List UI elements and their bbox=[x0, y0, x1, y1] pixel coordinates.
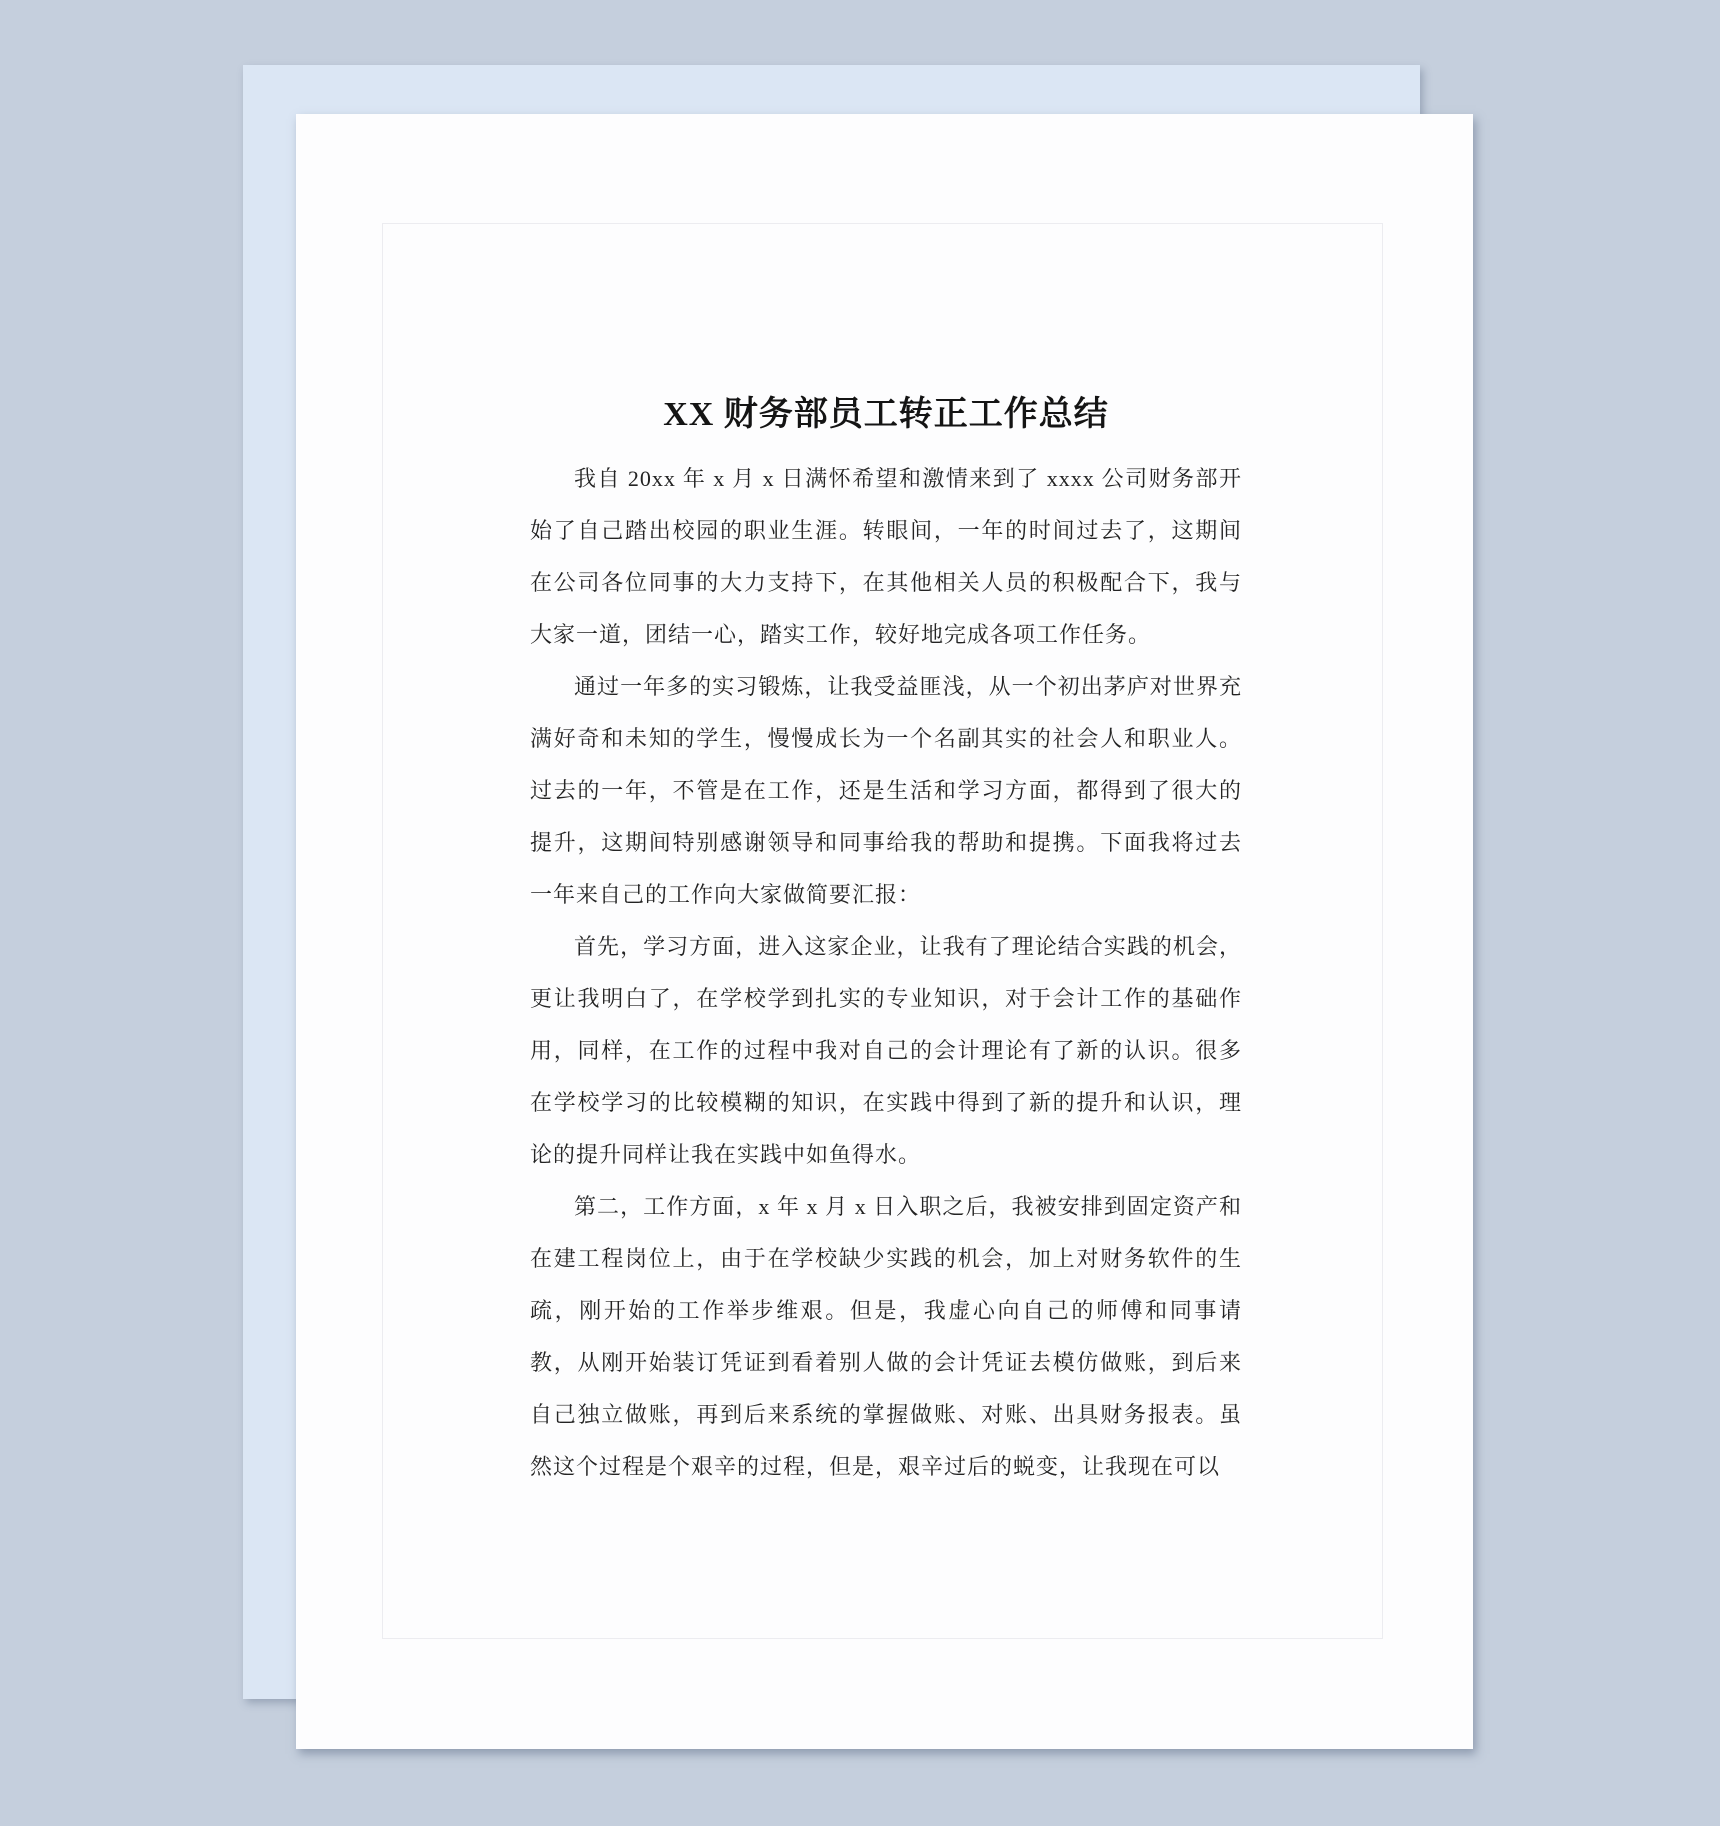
workspace-background: XX 财务部员工转正工作总结 我自 20xx 年 x 月 x 日满怀希望和激情来… bbox=[0, 0, 1720, 1826]
document-body: 我自 20xx 年 x 月 x 日满怀希望和激情来到了 xxxx 公司财务部开始… bbox=[530, 453, 1242, 1493]
page-title: XX 财务部员工转正工作总结 bbox=[530, 386, 1242, 435]
document-page: XX 财务部员工转正工作总结 我自 20xx 年 x 月 x 日满怀希望和激情来… bbox=[296, 114, 1473, 1749]
paragraph-3: 首先，学习方面，进入这家企业，让我有了理论结合实践的机会，更让我明白了，在学校学… bbox=[530, 921, 1242, 1181]
paragraph-4: 第二，工作方面，x 年 x 月 x 日入职之后，我被安排到固定资产和在建工程岗位… bbox=[530, 1181, 1242, 1493]
paragraph-2: 通过一年多的实习锻炼，让我受益匪浅，从一个初出茅庐对世界充满好奇和未知的学生，慢… bbox=[530, 661, 1242, 921]
paragraph-1: 我自 20xx 年 x 月 x 日满怀希望和激情来到了 xxxx 公司财务部开始… bbox=[530, 453, 1242, 661]
